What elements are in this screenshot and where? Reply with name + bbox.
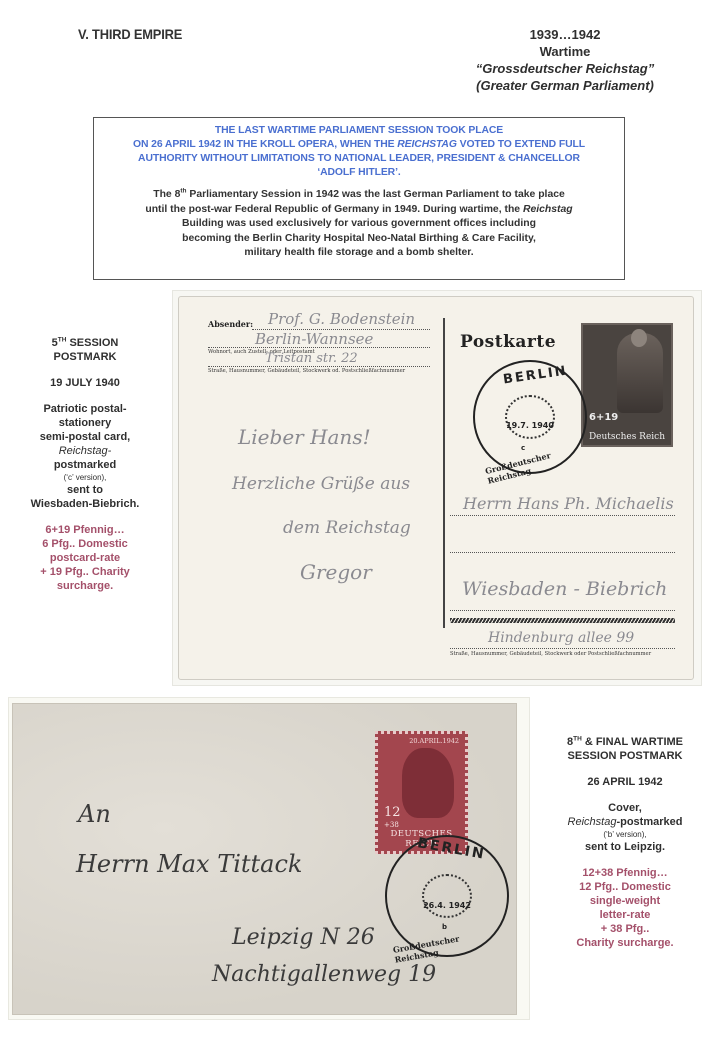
postcard-stamp: 6+19 Deutsches Reich <box>581 323 673 447</box>
info-box: THE LAST WARTIME PARLIAMENT SESSION TOOK… <box>93 117 625 280</box>
subtitle: Wartime <box>450 43 680 60</box>
english-name: (Greater German Parliament) <box>450 77 680 94</box>
eagle-emblem <box>505 395 555 439</box>
sender-label: Absender: <box>208 319 253 329</box>
rope-line <box>450 618 675 623</box>
sender-city: Berlin-Wannsee <box>255 330 373 348</box>
postage-rate: 6+19 Pfennig… 6 Pfg.. Domestic postcard-… <box>10 523 160 593</box>
portrait-image <box>402 748 454 818</box>
german-name: “Grossdeutscher Reichstag” <box>450 60 680 77</box>
sender-street: Tristan str. 22 <box>265 351 358 366</box>
message-line: dem Reichstag <box>283 518 411 538</box>
period-header: 1939…1942 Wartime “Grossdeutscher Reichs… <box>450 26 680 94</box>
postmark-cancel: BERLIN 19.7. 1940 c Großdeutscher Reichs… <box>473 360 587 474</box>
message-line: Herzliche Grüße aus <box>232 474 410 494</box>
message-signature: Gregor <box>300 560 372 584</box>
recipient-street: Hindenburg allee 99 <box>488 630 634 646</box>
recipient-name: Herrn Hans Ph. Michaelis <box>463 494 674 513</box>
address-line: An <box>78 800 111 828</box>
postmark-date: 26 APRIL 1942 <box>540 775 710 789</box>
postmark-date: 19 JULY 1940 <box>10 376 160 390</box>
postage-rate: 12+38 Pfennig… 12 Pfg.. Domestic single-… <box>540 866 710 950</box>
sender-name: Prof. G. Bodenstein <box>268 310 415 328</box>
address-street: Nachtigallenweg 19 <box>212 962 436 987</box>
years: 1939…1942 <box>450 26 680 43</box>
postkarte-title: Postkarte <box>460 332 556 352</box>
section-title: V. THIRD EMPIRE <box>78 26 182 42</box>
eagle-emblem <box>422 874 472 918</box>
postcard-caption: 5TH SESSION POSTMARK 19 JULY 1940 Patrio… <box>10 336 160 593</box>
address-name: Herrn Max Tittack <box>76 850 302 878</box>
address-city: Leipzig N 26 <box>232 925 375 950</box>
portrait-image <box>617 333 663 413</box>
message-line: Lieber Hans! <box>238 425 371 449</box>
envelope-caption: 8TH & FINAL WARTIME SESSION POSTMARK 26 … <box>540 735 710 950</box>
info-body: The 8th Parliamentary Session in 1942 wa… <box>100 188 618 261</box>
divider-line <box>443 318 445 628</box>
postmark-cancel: BERLIN 26.4. 1942 b Großdeutscher Reichs… <box>385 835 509 957</box>
info-highlight: THE LAST WARTIME PARLIAMENT SESSION TOOK… <box>100 124 618 180</box>
recipient-city: Wiesbaden - Biebrich <box>462 578 667 600</box>
